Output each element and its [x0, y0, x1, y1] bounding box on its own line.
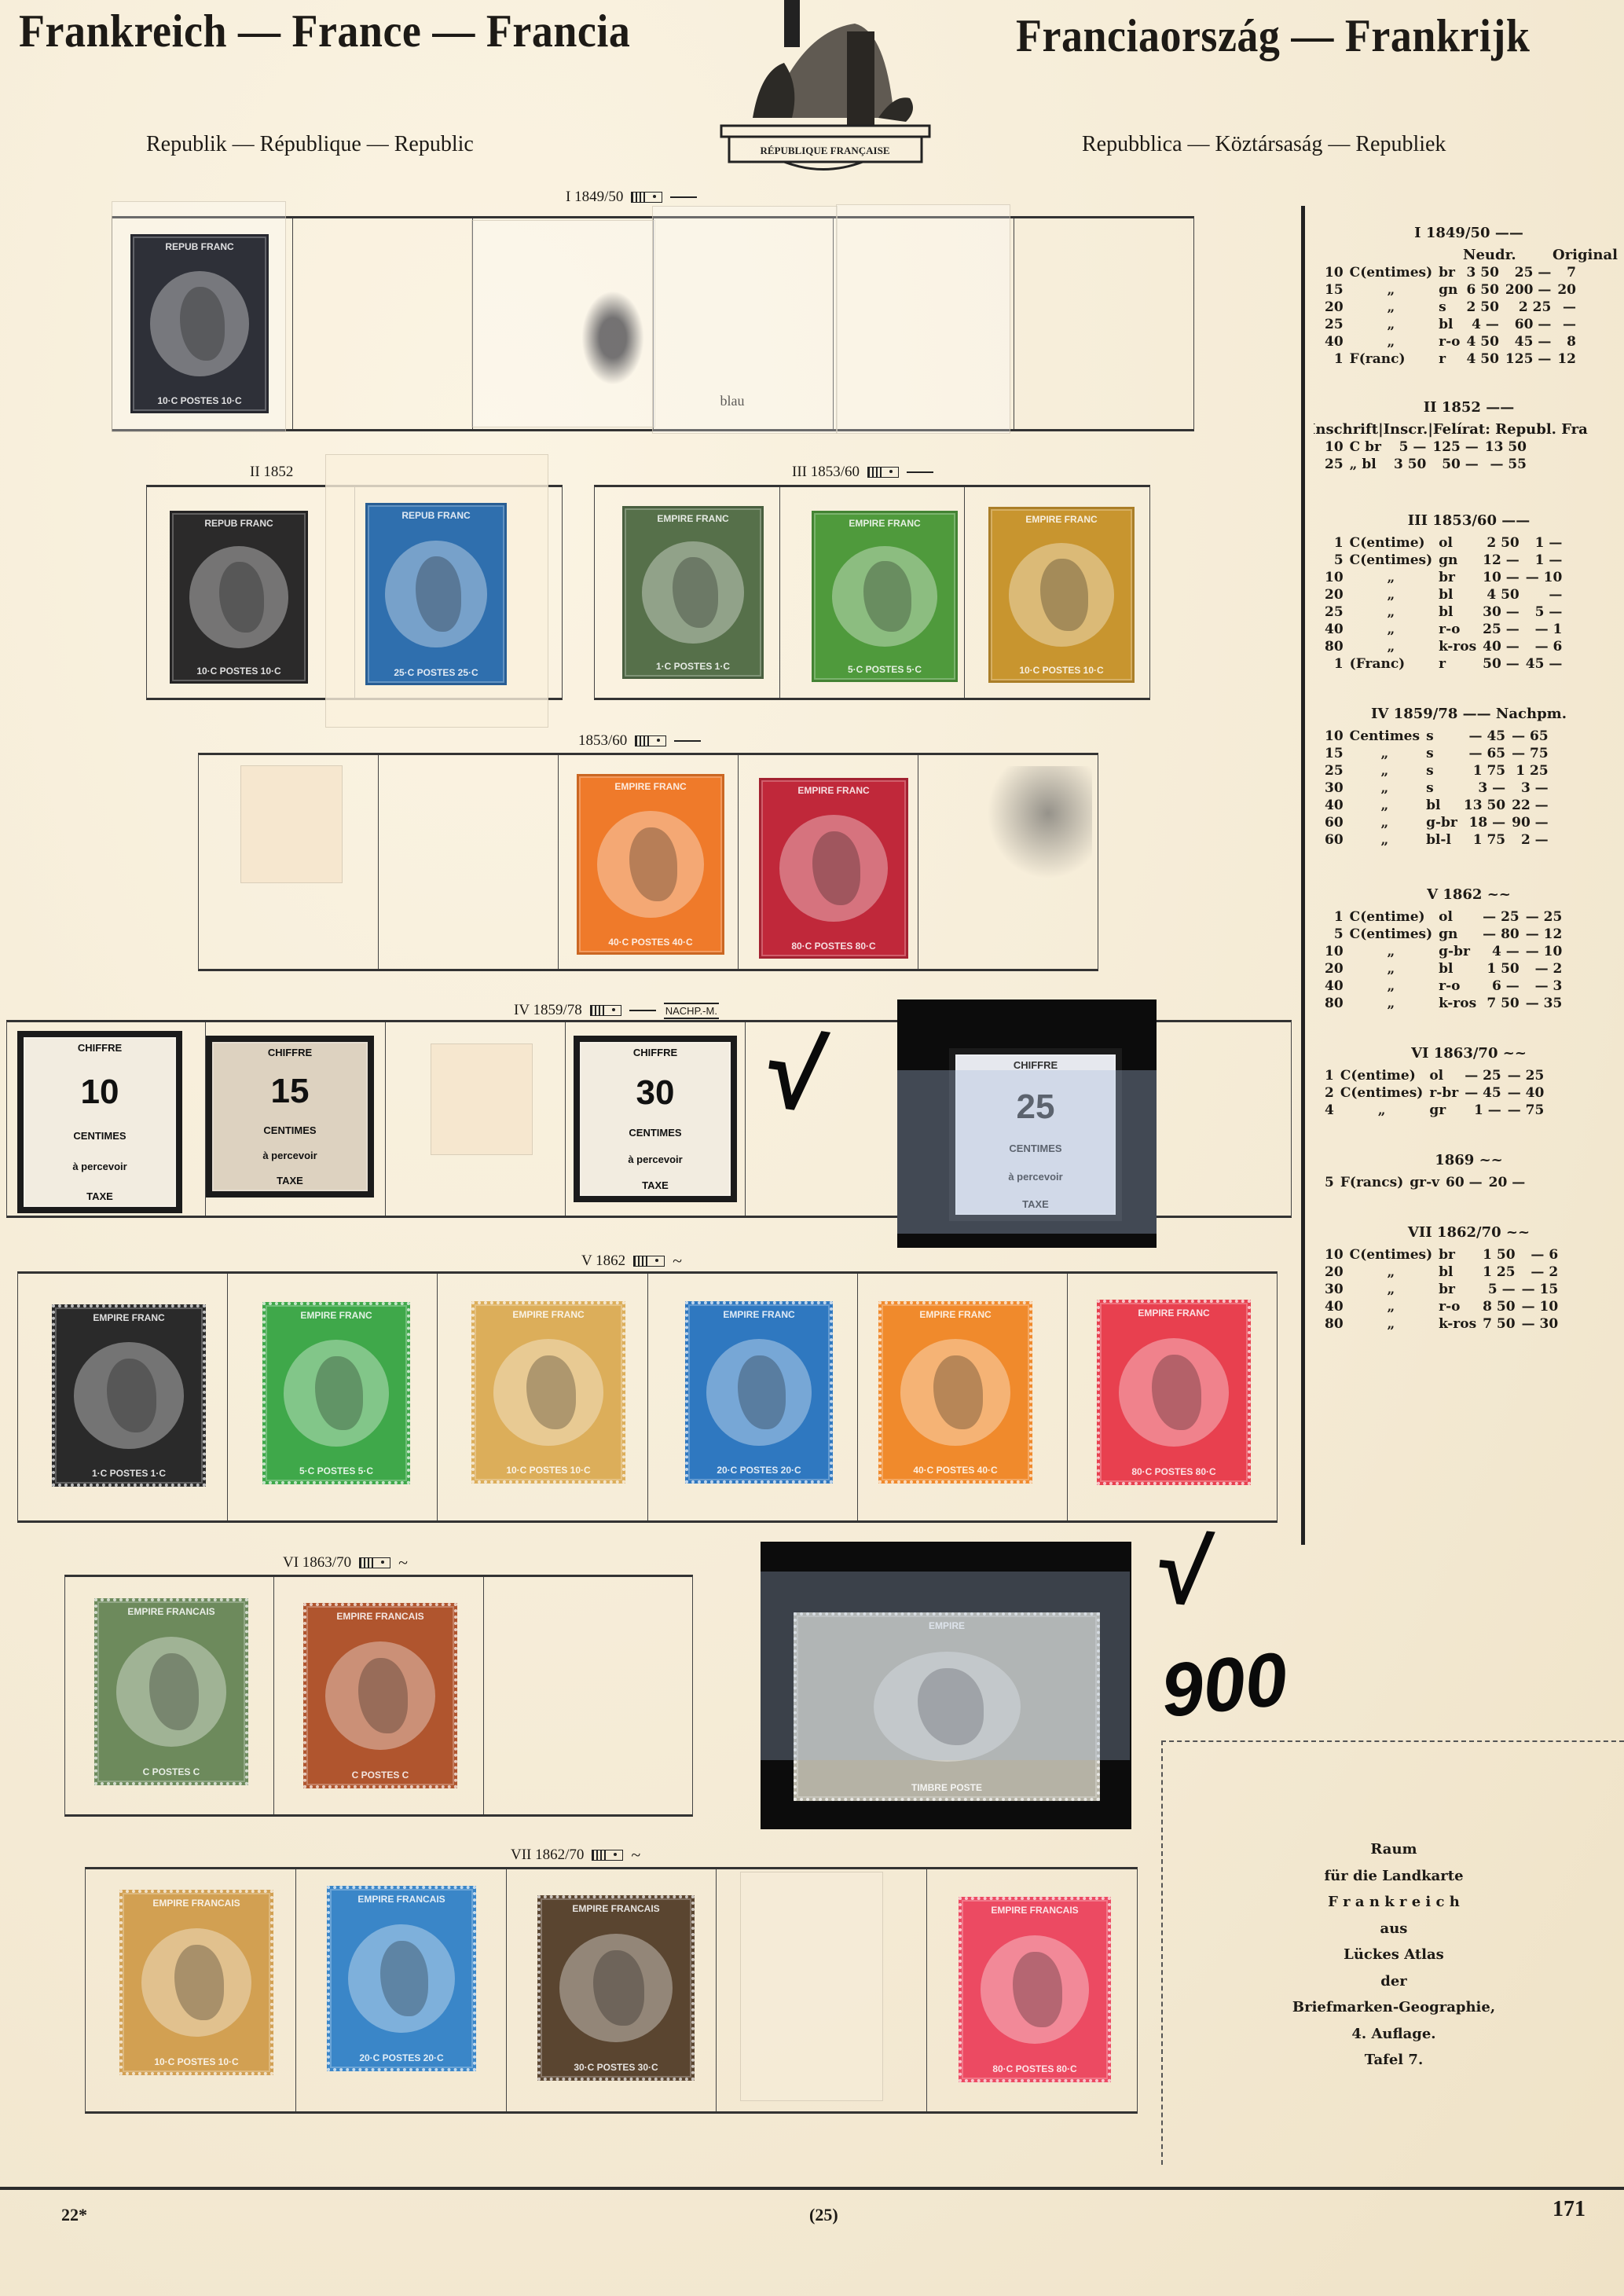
page-title-left: Frankreich — France — Francia [19, 4, 630, 57]
stamp-slot[interactable] [293, 218, 474, 429]
catalog-row: 10„br10 —— 10 [1322, 569, 1565, 586]
unwatermarked-icon [907, 471, 933, 473]
catalog-row: 4„gr1 —— 75 [1322, 1102, 1547, 1119]
catalog-row: 40„r-o6 —— 3 [1322, 977, 1565, 995]
catalog-inscription-note: Inschrift|Inscr.|Felírat: Republ. Fra [1314, 421, 1624, 438]
stamp-VI-2c[interactable]: EMPIRE FRANCAISC POSTES C [303, 1603, 457, 1788]
catalog-row: 40„r-o25 —— 1 [1322, 621, 1565, 638]
section-label-III: III 1853/60 [792, 464, 933, 481]
offset-imprint [982, 766, 1092, 884]
catalog-section: I 1849/50 ——Neudr. Original10C(entimes)b… [1314, 225, 1624, 368]
catalog-section: II 1852 ——Inschrift|Inscr.|Felírat: Repu… [1314, 399, 1624, 473]
footer-plate-number: (25) [809, 2205, 838, 2225]
footer-rule [0, 2187, 1624, 2190]
catalog-row: 20„bl1 25— 2 [1322, 1264, 1561, 1281]
stamp-III-10c[interactable]: EMPIRE FRANC10·C POSTES 10·C [988, 507, 1135, 683]
map-note-line: der [1252, 1968, 1535, 1995]
catalog-row: 20„s2 502 25— [1322, 299, 1579, 316]
imperforate-icon [635, 735, 666, 746]
map-note-line: Raum [1252, 1836, 1535, 1863]
svg-text:RÉPUBLIQUE FRANÇAISE: RÉPUBLIQUE FRANÇAISE [760, 145, 889, 156]
map-note-line: Lückes Atlas [1252, 1942, 1535, 1968]
catalog-row: 1F(ranc)r4 50125 —12 [1322, 350, 1579, 368]
catalog-section-heading: III 1853/60 —— [1314, 512, 1624, 530]
unwatermarked-icon [674, 740, 701, 742]
stamp-V-5c[interactable]: EMPIRE FRANC5·C POSTES 5·C [262, 1302, 410, 1484]
stamp-II-25c[interactable]: REPUB FRANC25·C POSTES 25·C [365, 503, 507, 685]
catalog-section-heading: IV 1859/78 —— Nachpm. [1314, 706, 1624, 723]
watermark-wave-icon: ~ [631, 1847, 640, 1864]
catalog-column-headers: Neudr. Original [1314, 247, 1624, 264]
footer-sheet-number: 22* [61, 2205, 87, 2225]
catalog-row: 20„bl1 50— 2 [1322, 960, 1565, 977]
catalog-row: 40„r-o8 50— 10 [1322, 1298, 1561, 1315]
postage-due-30c[interactable]: CHIFFRE30CENTIMESà percevoirTAXE [574, 1036, 737, 1202]
imperforate-icon [633, 1256, 665, 1267]
stamp-VII-10c[interactable]: EMPIRE FRANCAIS10·C POSTES 10·C [119, 1890, 273, 2075]
stamp-frame-V [17, 1271, 1278, 1523]
stamp-mount [836, 204, 1010, 434]
catalog-price-list: I 1849/50 ——Neudr. Original10C(entimes)b… [1314, 225, 1624, 1333]
republique-emblem: RÉPUBLIQUE FRANÇAISE [706, 0, 941, 177]
catalog-row: 25„bl30 —5 — [1322, 603, 1565, 621]
stamp-V-80c[interactable]: EMPIRE FRANC80·C POSTES 80·C [1097, 1300, 1251, 1485]
catalog-row: 1C(entime)ol— 25— 25 [1322, 908, 1565, 926]
subtitle-right: Repubblica — Köztársaság — Republiek [1082, 132, 1446, 157]
stamp-VII-20c[interactable]: EMPIRE FRANCAIS20·C POSTES 20·C [327, 1886, 476, 2071]
watermark-wave-icon: ~ [398, 1554, 408, 1572]
catalog-row: 15„s— 65— 75 [1322, 745, 1552, 762]
catalog-section-heading: VII 1862/70 ~~ [1314, 1224, 1624, 1242]
handwritten-price: 900 [1157, 1636, 1292, 1735]
imperforate-icon [590, 1005, 621, 1016]
catalog-row: 10Centimess— 45— 65 [1322, 728, 1552, 745]
catalog-row: 5C(entimes)gn— 80— 12 [1322, 926, 1565, 943]
catalog-row: 5C(entimes)gn12 —1 — [1322, 552, 1565, 569]
catalog-row: 25„s1 751 25 [1322, 762, 1552, 779]
catalog-section: VI 1863/70 ~~1C(entime)ol— 25— 252C(enti… [1314, 1045, 1624, 1119]
section-label-IV: IV 1859/78 NACHP.-M. [514, 1002, 719, 1019]
stamp-III-80c[interactable]: EMPIRE FRANC80·C POSTES 80·C [759, 778, 908, 959]
unwatermarked-icon [670, 196, 697, 198]
stamp-V-20c[interactable]: EMPIRE FRANC20·C POSTES 20·C [685, 1301, 833, 1484]
stamp-slot[interactable] [484, 1577, 692, 1814]
marianne-emblem-icon: RÉPUBLIQUE FRANÇAISE [706, 0, 941, 177]
catalog-row: 25„ bl3 5050 —— 55 [1322, 456, 1530, 473]
catalog-row: 2C(entimes)r-br— 45— 40 [1322, 1084, 1547, 1102]
stamp-I-10c[interactable]: REPUB FRANC10·C POSTES 10·C [130, 234, 269, 413]
map-note-line: Briefmarken-Geographie, [1252, 1994, 1535, 2021]
catalog-section-heading: VI 1863/70 ~~ [1314, 1045, 1624, 1062]
empty-mount [740, 1872, 883, 2101]
section-label-I: I 1849/50 [566, 189, 697, 206]
catalog-row: 40„bl13 5022 — [1322, 797, 1552, 814]
catalog-section: III 1853/60 ——1C(entime)ol2 501 —5C(enti… [1314, 512, 1624, 673]
section-label-VI: VI 1863/70 ~ [283, 1554, 408, 1572]
stamp-slot[interactable] [379, 755, 559, 969]
catalog-row: 1(Franc)r50 —45 — [1322, 655, 1565, 673]
postage-due-10c[interactable]: CHIFFRE10CENTIMESà percevoirTAXE [17, 1031, 182, 1213]
watermark-wave-icon: ~ [673, 1253, 682, 1270]
section-title: I 1849/50 [566, 189, 623, 206]
catalog-row: 10C br5 —125 —13 50 [1322, 438, 1530, 456]
mount-reflection [761, 1572, 1130, 1760]
stamp-slot[interactable] [1014, 218, 1194, 429]
footer-page-number: 171 [1553, 2197, 1586, 2222]
catalog-row: 30„s3 —3 — [1322, 779, 1552, 797]
section-label-II: II 1852 [250, 464, 293, 481]
stamp-mount [652, 206, 838, 434]
catalog-row: 10C(entimes)br3 5025 —7 [1322, 264, 1579, 281]
map-note-line: für die Landkarte [1252, 1863, 1535, 1890]
stamp-III-1c[interactable]: EMPIRE FRANC1·C POSTES 1·C [622, 506, 764, 679]
catalog-row: 30„br5 —— 15 [1322, 1281, 1561, 1298]
imperforate-icon [592, 1850, 623, 1861]
catalog-section-heading: II 1852 —— [1314, 399, 1624, 416]
map-note-line: aus [1252, 1916, 1535, 1942]
catalog-row: 1C(entime)ol— 25— 25 [1322, 1067, 1547, 1084]
subtitle-left: Republik — République — Republic [146, 132, 474, 157]
map-note-line: 4. Auflage. [1252, 2021, 1535, 2048]
empty-mount [431, 1043, 533, 1155]
mount-reflection [897, 1070, 1157, 1234]
catalog-row: 40„r-o4 5045 —8 [1322, 333, 1579, 350]
stamp-V-40c[interactable]: EMPIRE FRANC40·C POSTES 40·C [878, 1301, 1032, 1484]
catalog-row: 1C(entime)ol2 501 — [1322, 534, 1565, 552]
catalog-row: 80„k-ros7 50— 30 [1322, 1315, 1561, 1333]
map-note: Raumfür die LandkarteF r a n k r e i c h… [1252, 1742, 1535, 2074]
imperforate-icon [631, 192, 662, 203]
catalog-row: 20„bl4 50— [1322, 586, 1565, 603]
postage-due-tag: NACHP.-M. [664, 1003, 719, 1019]
section-label-III-b: 1853/60 [578, 732, 701, 750]
stamp-VI-1c[interactable]: EMPIRE FRANCAISC POSTES C [94, 1598, 248, 1785]
catalog-row: 10„g-br4 —— 10 [1322, 943, 1565, 960]
catalog-section: IV 1859/78 —— Nachpm.10Centimess— 45— 65… [1314, 706, 1624, 849]
page-title-right: Franciaország — Frankrijk [1016, 9, 1530, 62]
section-label-VII: VII 1862/70 ~ [511, 1847, 640, 1864]
handwritten-check: √ [1148, 1514, 1211, 1627]
postage-due-15c[interactable]: CHIFFRE15CENTIMESà percevoirTAXE [206, 1036, 374, 1198]
stamp-V-10c[interactable]: EMPIRE FRANC10·C POSTES 10·C [471, 1301, 625, 1484]
catalog-section: V 1862 ~~1C(entime)ol— 25— 255C(entimes)… [1314, 886, 1624, 1012]
catalog-row: 5F(rancs)gr-v60 —20 — [1322, 1174, 1528, 1191]
catalog-section-heading: I 1849/50 —— [1314, 225, 1624, 242]
catalog-row: 10C(entimes)br1 50— 6 [1322, 1246, 1561, 1264]
catalog-row: 60„g-br18 —90 — [1322, 814, 1552, 831]
stamp-II-10c[interactable]: REPUB FRANC10·C POSTES 10·C [170, 511, 308, 684]
catalog-row: 25„bl4 —60 —— [1322, 316, 1579, 333]
imperforate-icon [867, 467, 899, 478]
unwatermarked-icon [629, 1010, 656, 1011]
map-note-line: F r a n k r e i c h [1252, 1889, 1535, 1916]
stamp-III-5c[interactable]: EMPIRE FRANC5·C POSTES 5·C [812, 511, 958, 682]
catalog-row: 80„k-ros7 50— 35 [1322, 995, 1565, 1012]
catalog-section: VII 1862/70 ~~10C(entimes)br1 50— 620„bl… [1314, 1224, 1624, 1333]
stamp-V-1c[interactable]: EMPIRE FRANC1·C POSTES 1·C [52, 1304, 206, 1487]
section-label-V: V 1862 ~ [581, 1253, 682, 1270]
map-note-line: Tafel 7. [1252, 2047, 1535, 2074]
catalog-row: 15„gn6 50200 —20 [1322, 281, 1579, 299]
catalog-row: 60„bl-l1 752 — [1322, 831, 1552, 849]
catalog-section: 1869 ~~5F(rancs)gr-v60 —20 — [1314, 1152, 1624, 1191]
catalog-row: 80„k-ros40 —— 6 [1322, 638, 1565, 655]
catalog-section-heading: V 1862 ~~ [1314, 886, 1624, 904]
catalog-divider [1301, 206, 1305, 1545]
stamp-III-40c[interactable]: EMPIRE FRANC40·C POSTES 40·C [577, 774, 724, 955]
imperforate-icon [359, 1557, 390, 1568]
stamp-VII-80c[interactable]: EMPIRE FRANCAIS80·C POSTES 80·C [959, 1897, 1111, 2082]
empty-mount [240, 765, 343, 883]
catalog-section-heading: 1869 ~~ [1314, 1152, 1624, 1169]
stamp-VII-30c[interactable]: EMPIRE FRANCAIS30·C POSTES 30·C [537, 1895, 695, 2081]
map-placeholder: Raumfür die LandkarteF r a n k r e i c h… [1161, 1740, 1624, 2165]
offset-imprint [581, 291, 644, 385]
